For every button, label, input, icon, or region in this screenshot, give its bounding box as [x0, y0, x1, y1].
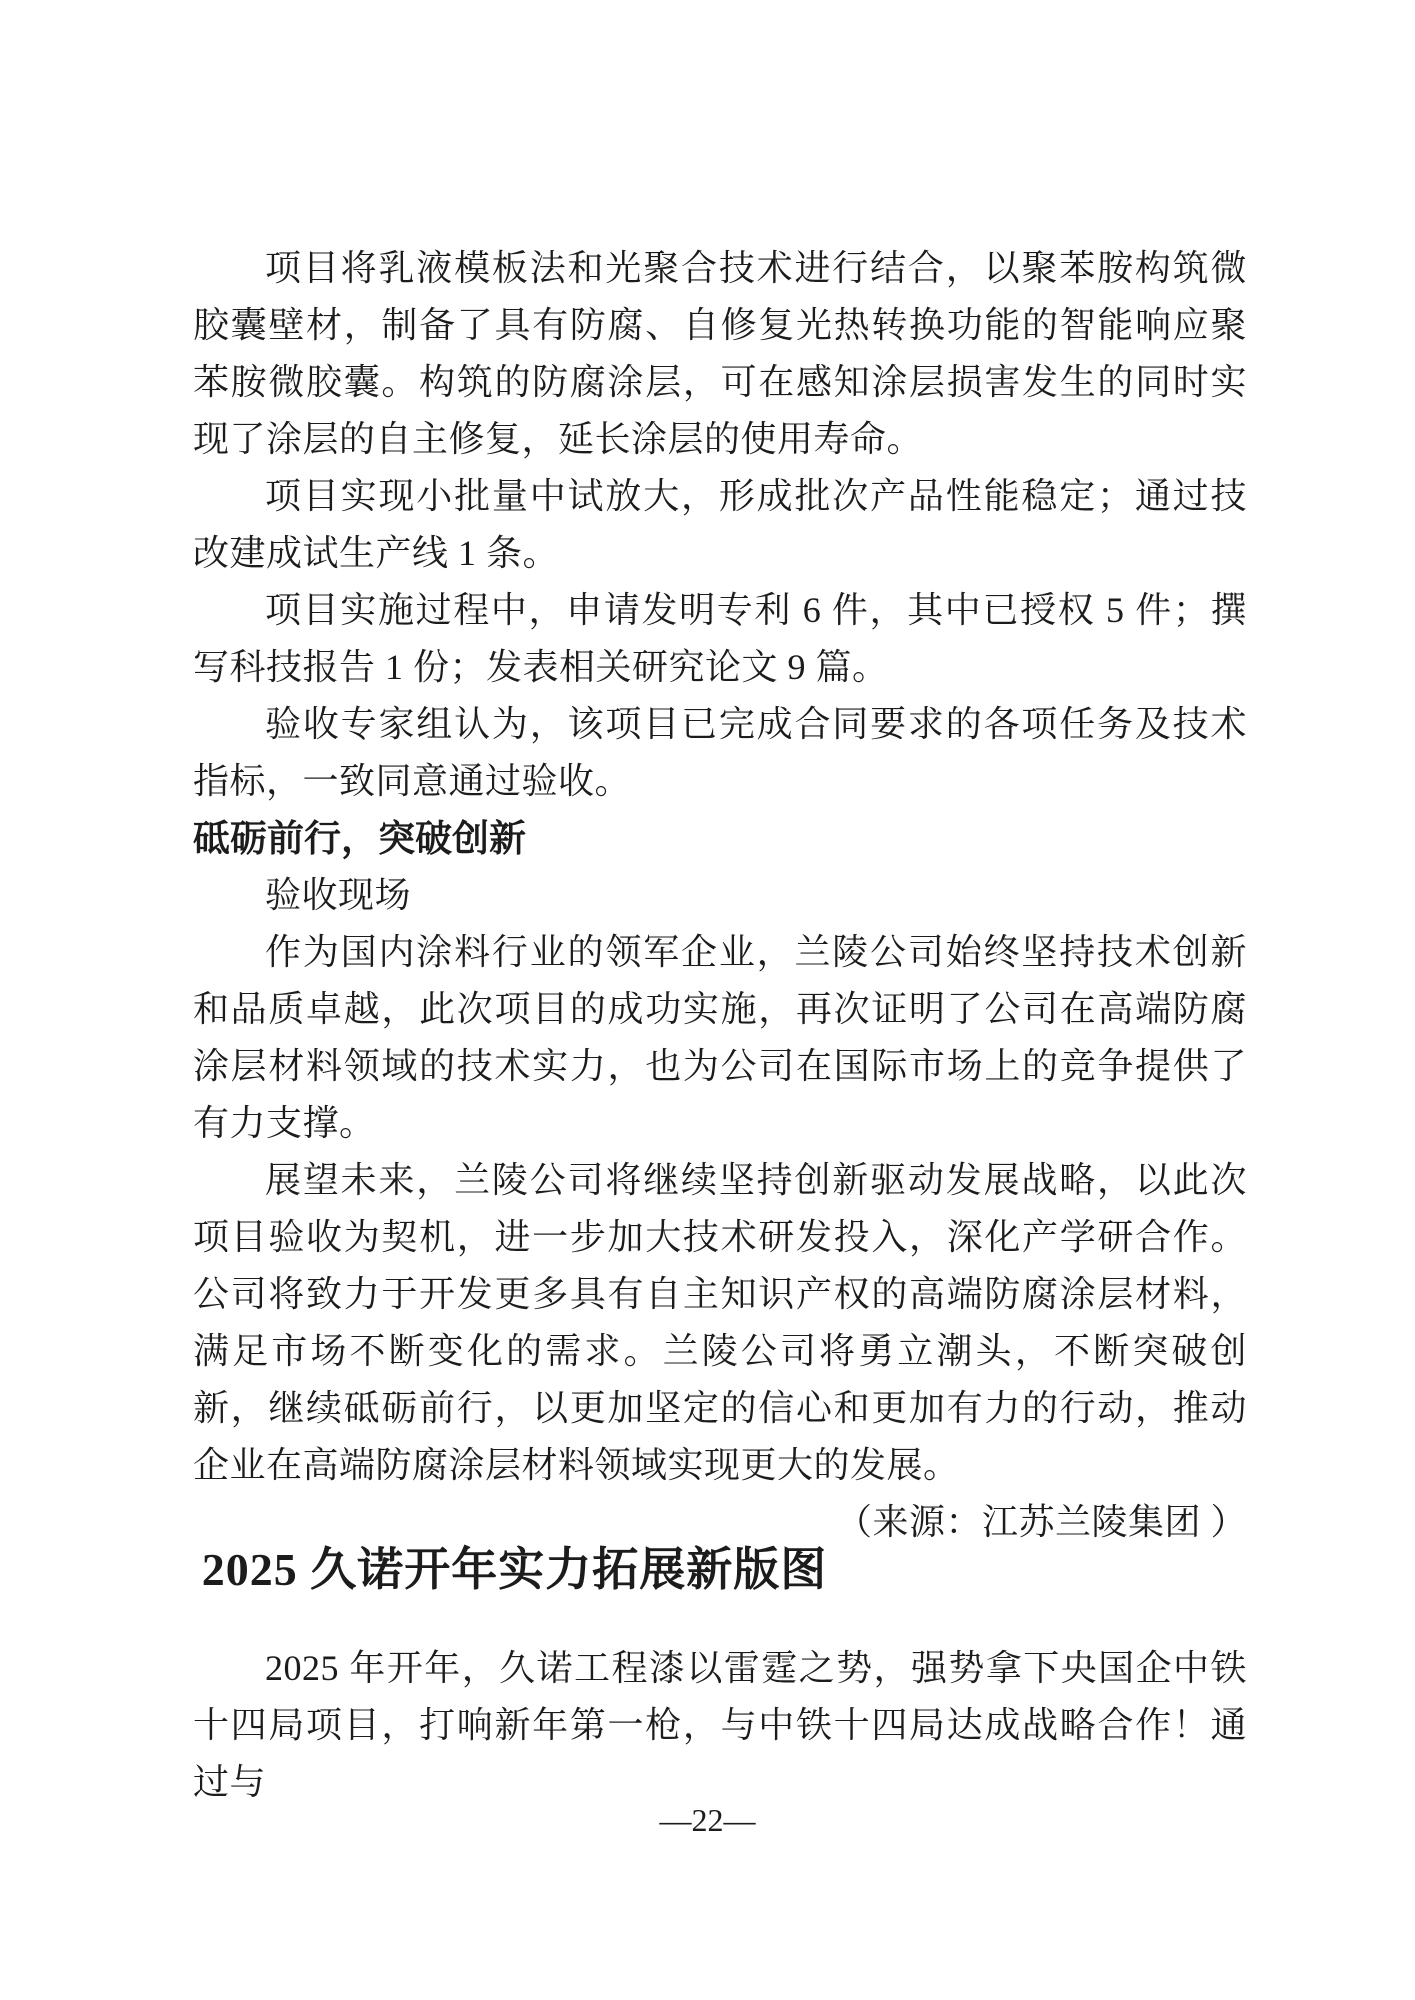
image-caption: 验收现场	[193, 867, 1247, 924]
page-number: —22—	[0, 1800, 1415, 1840]
source-attribution: （来源：江苏兰陵集团 ）	[836, 1494, 1247, 1551]
paragraph-with-source: 展望未来，兰陵公司将继续坚持创新驱动发展战略，以此次项目验收为契机，进一步加大技…	[193, 1152, 1247, 1494]
section-subheading: 砥砺前行，突破创新	[193, 810, 1247, 867]
paragraph: 2025 年开年，久诺工程漆以雷霆之势，强势拿下央国企中铁十四局项目，打响新年第…	[193, 1640, 1247, 1811]
document-page: 项目将乳液模板法和光聚合技术进行结合，以聚苯胺构筑微胶囊壁材，制备了具有防腐、自…	[0, 0, 1415, 2000]
paragraph: 项目将乳液模板法和光聚合技术进行结合，以聚苯胺构筑微胶囊壁材，制备了具有防腐、自…	[193, 240, 1247, 468]
paragraph: 验收专家组认为，该项目已完成合同要求的各项任务及技术指标，一致同意通过验收。	[193, 696, 1247, 810]
paragraph-text: 展望未来，兰陵公司将继续坚持创新驱动发展战略，以此次项目验收为契机，进一步加大技…	[193, 1160, 1247, 1485]
paragraph: 作为国内涂料行业的领军企业，兰陵公司始终坚持技术创新和品质卓越，此次项目的成功实…	[193, 924, 1247, 1152]
paragraph: 项目实施过程中，申请发明专利 6 件，其中已授权 5 件；撰写科技报告 1 份；…	[193, 582, 1247, 696]
paragraph: 项目实现小批量中试放大，形成批次产品性能稳定；通过技改建成试生产线 1 条。	[193, 468, 1247, 582]
page-body-text: 项目将乳液模板法和光聚合技术进行结合，以聚苯胺构筑微胶囊壁材，制备了具有防腐、自…	[193, 240, 1247, 1811]
